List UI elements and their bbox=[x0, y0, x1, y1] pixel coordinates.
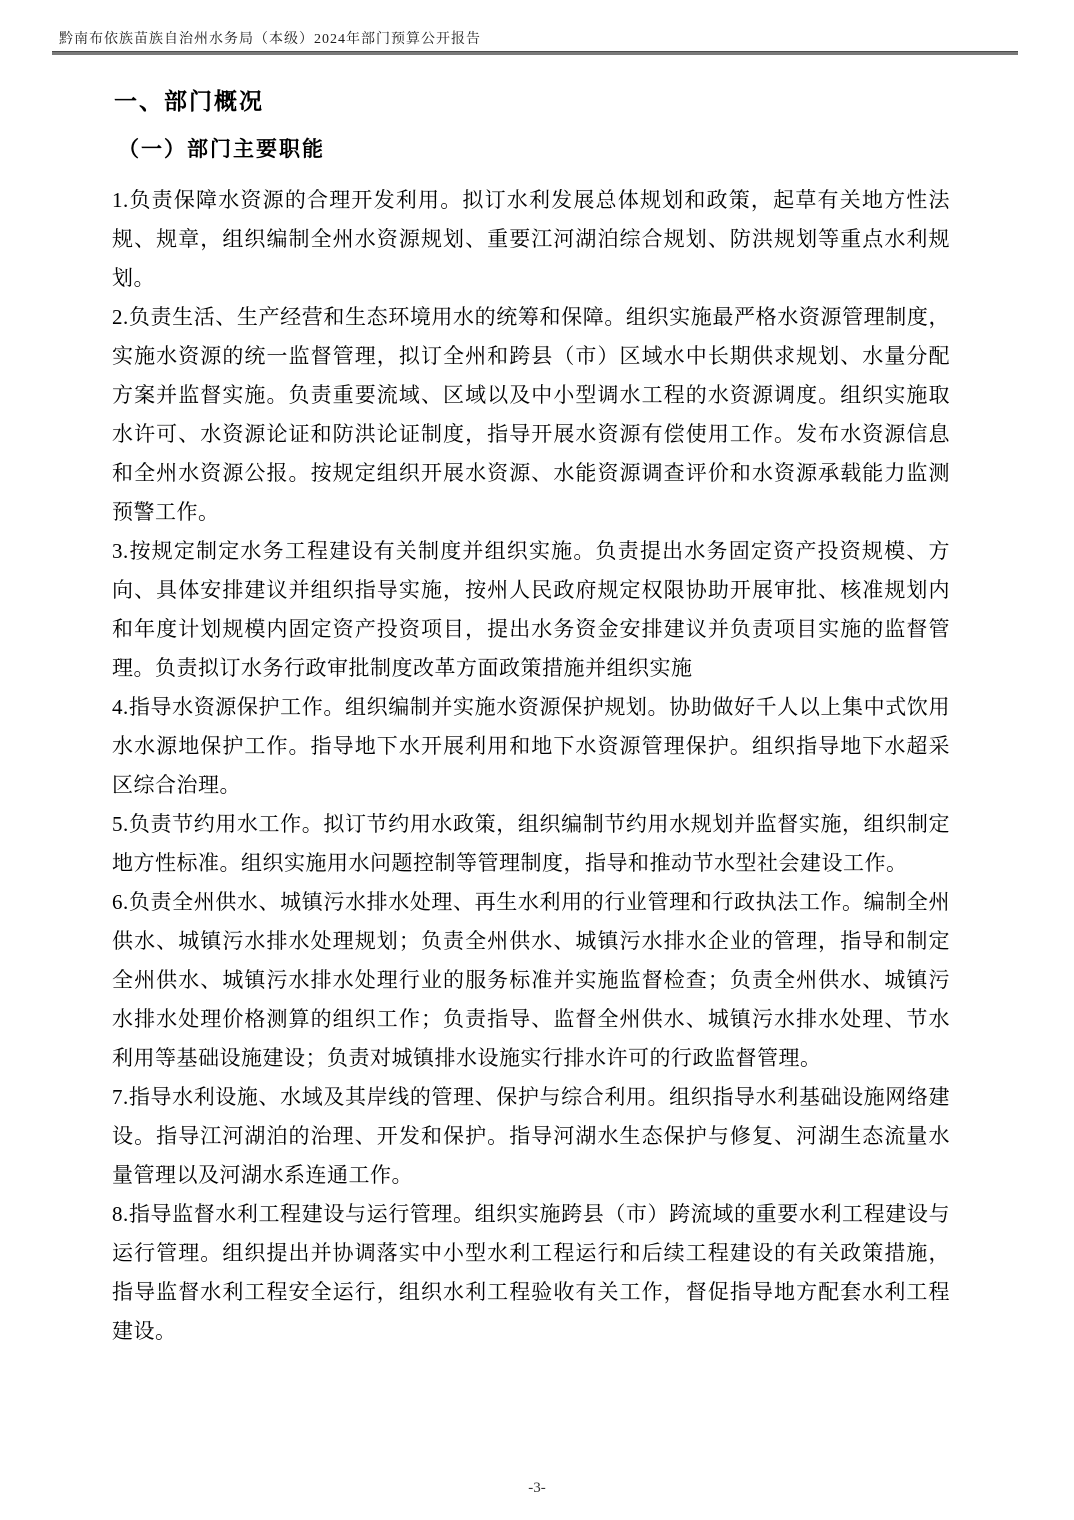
body-paragraph-6: 6.负责全州供水、城镇污水排水处理、再生水利用的行业管理和行政执法工作。编制全州… bbox=[112, 883, 950, 1078]
document-header-title: 黔南布依族苗族自治州水务局（本级）2024年部门预算公开报告 bbox=[59, 28, 481, 48]
body-paragraph-4: 4.指导水资源保护工作。组织编制并实施水资源保护规划。协助做好千人以上集中式饮用… bbox=[112, 688, 950, 805]
document-page: 黔南布依族苗族自治州水务局（本级）2024年部门预算公开报告 一、部门概况 （一… bbox=[0, 0, 1074, 1520]
header-divider bbox=[52, 51, 1018, 55]
body-paragraph-3: 3.按规定制定水务工程建设有关制度并组织实施。负责提出水务固定资产投资规模、方向… bbox=[112, 532, 950, 688]
body-paragraph-2: 2.负责生活、生产经营和生态环境用水的统筹和保障。组织实施最严格水资源管理制度，… bbox=[112, 298, 950, 532]
paragraph-list: 1.负责保障水资源的合理开发利用。拟订水利发展总体规划和政策，起草有关地方性法规… bbox=[112, 181, 950, 1351]
section-heading-level1: 一、部门概况 bbox=[114, 86, 950, 116]
document-body: 一、部门概况 （一）部门主要职能 1.负责保障水资源的合理开发利用。拟订水利发展… bbox=[112, 86, 950, 1351]
body-paragraph-1: 1.负责保障水资源的合理开发利用。拟订水利发展总体规划和政策，起草有关地方性法规… bbox=[112, 181, 950, 298]
section-heading-level2: （一）部门主要职能 bbox=[118, 135, 950, 165]
page-number: -3- bbox=[0, 1480, 1074, 1497]
body-paragraph-5: 5.负责节约用水工作。拟订节约用水政策，组织编制节约用水规划并监督实施，组织制定… bbox=[112, 805, 950, 883]
body-paragraph-8: 8.指导监督水利工程建设与运行管理。组织实施跨县（市）跨流域的重要水利工程建设与… bbox=[112, 1195, 950, 1351]
body-paragraph-7: 7.指导水利设施、水域及其岸线的管理、保护与综合利用。组织指导水利基础设施网络建… bbox=[112, 1078, 950, 1195]
